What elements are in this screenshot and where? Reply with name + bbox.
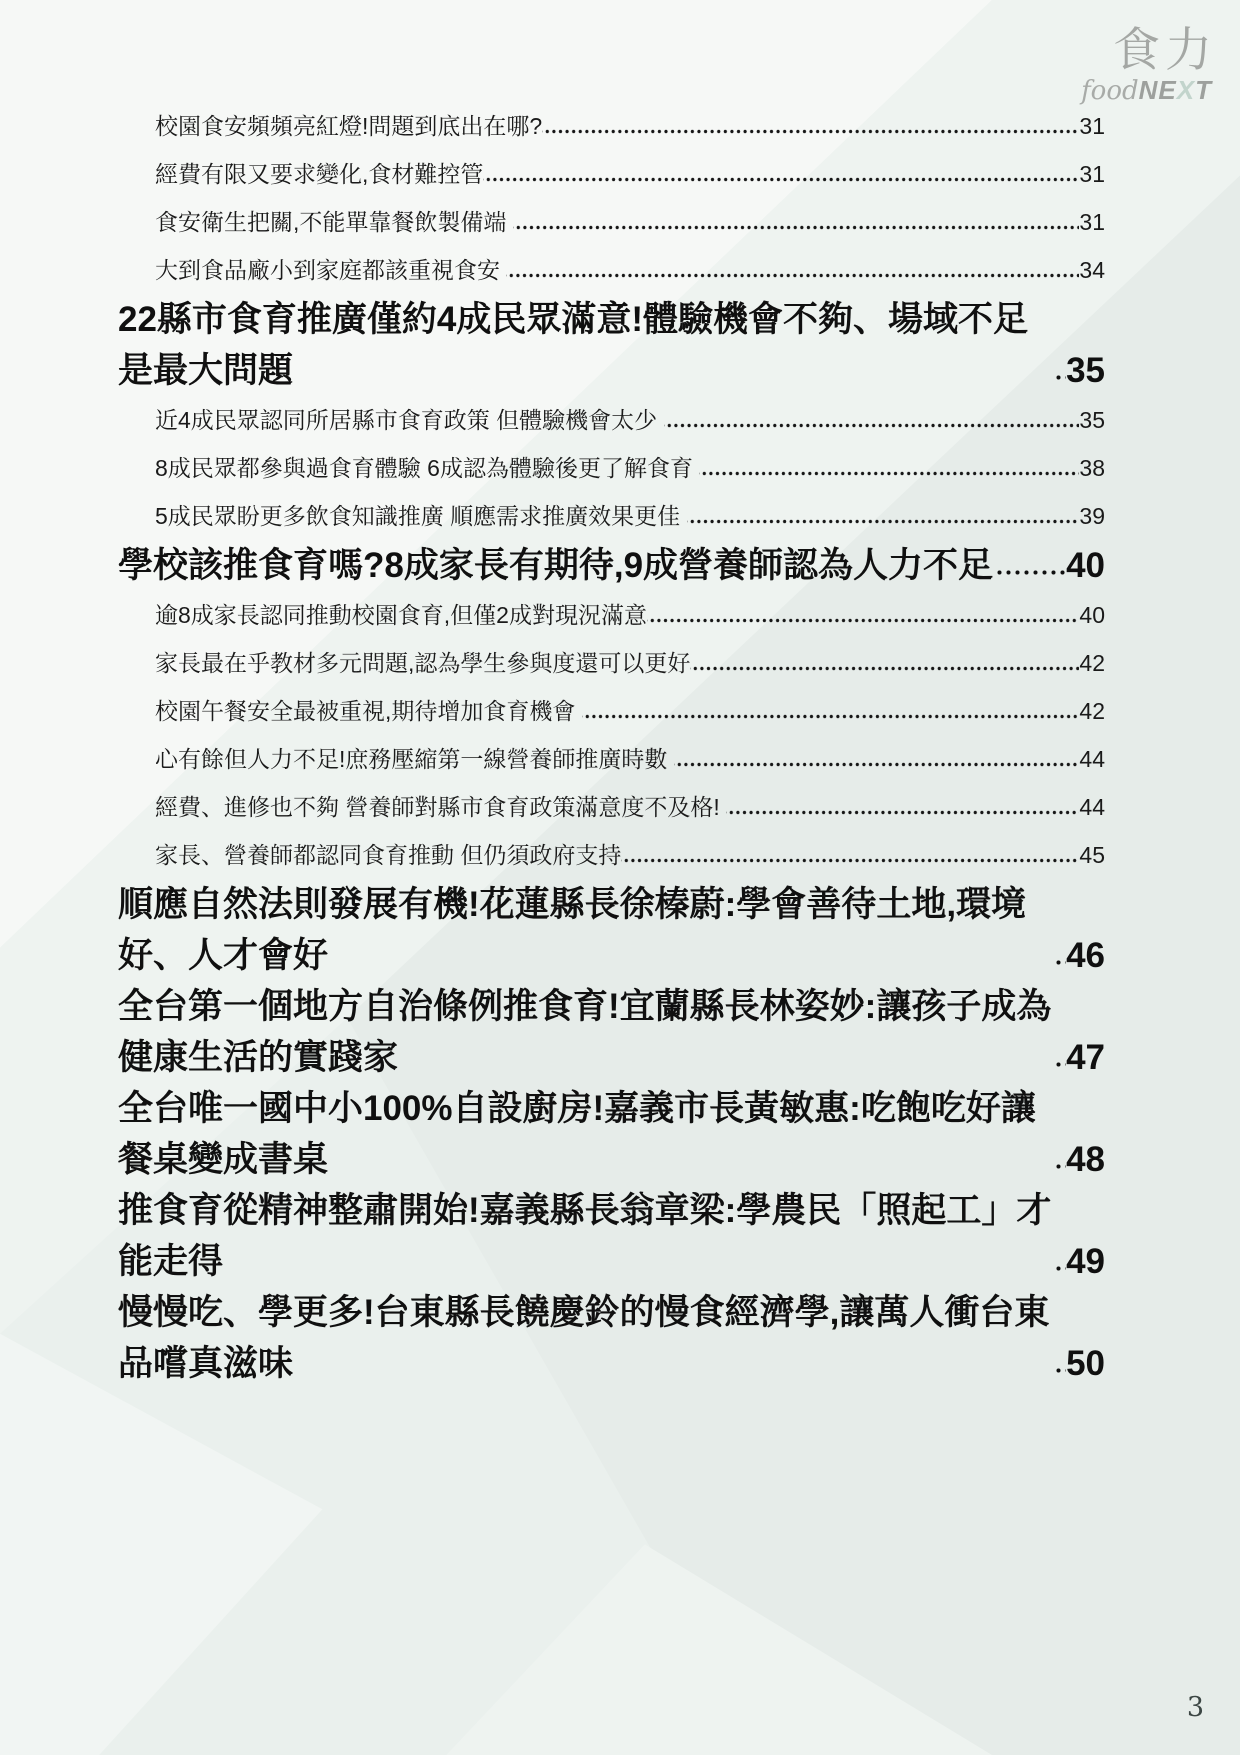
toc-entry-title: 5成民眾盼更多飲食知識推廣 順應需求推廣效果更佳 [155,492,687,540]
toc-entry[interactable]: 全台第一個地方自治條例推食育!宜蘭縣長林姿妙:讓孩子成為健康生活的實踐家47 [118,981,1105,1083]
toc-entry-page: 49 [1066,1236,1105,1287]
toc-leader-dots [993,540,1066,591]
toc-entry-page: 42 [1079,687,1105,735]
toc-entry[interactable]: 經費有限又要求變化,食材難控管31 [155,150,1105,198]
toc-entry[interactable]: 家長、營養師都認同食育推動 但仍須政府支持45 [155,831,1105,879]
toc-entry-title: 家長最在乎教材多元問題,認為學生參與度還可以更好 [155,639,690,687]
foodnext-logo: 食力 foodNEXT [1081,24,1212,104]
toc-leader-dots [1052,981,1066,1083]
toc-entry-page: 48 [1066,1134,1105,1185]
toc-leader-dots [483,150,1079,198]
toc-entry-title: 校園食安頻頻亮紅燈!問題到底出在哪? [155,102,542,150]
toc-entry[interactable]: 家長最在乎教材多元問題,認為學生參與度還可以更好42 [155,639,1105,687]
toc-leader-dots [1052,1083,1066,1185]
toc-entry-title: 順應自然法則發展有機!花蓮縣長徐榛蔚:學會善待土地,環境好、人才會好 [118,879,1052,981]
foodnext-logo-english: foodNEXT [1081,77,1212,104]
toc-entry-title: 22縣市食育推廣僅約4成民眾滿意!體驗機會不夠、場域不足是最大問題 [118,294,1052,396]
toc-entry-title: 學校該推食育嗎?8成家長有期待,9成營養師認為人力不足 [118,540,993,591]
toc-entry-page: 46 [1066,930,1105,981]
page-number: 3 [1187,1692,1204,1723]
toc-entry-page: 34 [1079,246,1105,294]
toc-entry-title: 經費、進修也不夠 營養師對縣市食育政策滿意度不及格! [155,783,726,831]
toc-entry[interactable]: 慢慢吃、學更多!台東縣長饒慶鈴的慢食經濟學,讓萬人衝台東品嚐真滋味50 [118,1287,1105,1389]
toc-entry-title: 心有餘但人力不足!庶務壓縮第一線營養師推廣時數 [155,735,674,783]
toc-entry-page: 50 [1066,1338,1105,1389]
toc-entry[interactable]: 學校該推食育嗎?8成家長有期待,9成營養師認為人力不足40 [118,540,1105,591]
toc-leader-dots [647,591,1079,639]
toc-leader-dots [1052,879,1066,981]
toc-leader-dots [542,102,1079,150]
toc-leader-dots [1052,1287,1066,1389]
toc-entry-title: 家長、營養師都認同食育推動 但仍須政府支持 [155,831,621,879]
toc-entry-title: 8成民眾都參與過食育體驗 6成認為體驗後更了解食育 [155,444,699,492]
toc-entry-page: 31 [1079,198,1105,246]
foodnext-logo-x-glyph: X [1177,75,1195,105]
toc-entry[interactable]: 大到食品廠小到家庭都該重視食安 34 [155,246,1105,294]
toc-leader-dots [674,735,1080,783]
toc-leader-dots [621,831,1079,879]
toc-entry-title: 全台唯一國中小100%自設廚房!嘉義市長黃敏惠:吃飽吃好讓餐桌變成書桌 [118,1083,1052,1185]
toc-entry[interactable]: 8成民眾都參與過食育體驗 6成認為體驗後更了解食育 38 [155,444,1105,492]
toc-leader-dots [699,444,1079,492]
toc-entry-title: 全台第一個地方自治條例推食育!宜蘭縣長林姿妙:讓孩子成為健康生活的實踐家 [118,981,1052,1083]
toc-entry-title: 逾8成家長認同推動校園食育,但僅2成對現況滿意 [155,591,647,639]
toc-entry[interactable]: 22縣市食育推廣僅約4成民眾滿意!體驗機會不夠、場域不足是最大問題 35 [118,294,1105,396]
toc-entry[interactable]: 心有餘但人力不足!庶務壓縮第一線營養師推廣時數 44 [155,735,1105,783]
toc-leader-dots [690,639,1079,687]
toc-entry[interactable]: 校園食安頻頻亮紅燈!問題到底出在哪?31 [155,102,1105,150]
toc-entry[interactable]: 近4成民眾認同所居縣市食育政策 但體驗機會太少 35 [155,396,1105,444]
toc-entry[interactable]: 推食育從精神整肅開始!嘉義縣長翁章梁:學農民「照起工」才能走得 49 [118,1185,1105,1287]
toc-leader-dots [1052,1185,1066,1287]
toc-entry-page: 35 [1066,345,1105,396]
toc-leader-dots [1052,294,1066,396]
toc-entry[interactable]: 校園午餐安全最被重視,期待增加食育機會 42 [155,687,1105,735]
toc-entry-page: 38 [1079,444,1105,492]
toc-leader-dots [506,246,1079,294]
toc-entry-page: 40 [1066,540,1105,591]
toc-entry-title: 校園午餐安全最被重視,期待增加食育機會 [155,687,582,735]
toc-entry-title: 經費有限又要求變化,食材難控管 [155,150,483,198]
toc-leader-dots [513,198,1080,246]
toc-entry-page: 35 [1079,396,1105,444]
foodnext-logo-chinese: 食力 [1081,24,1217,76]
toc-entry[interactable]: 經費、進修也不夠 營養師對縣市食育政策滿意度不及格! 44 [155,783,1105,831]
toc-leader-dots [726,783,1079,831]
toc-entry-title: 近4成民眾認同所居縣市食育政策 但體驗機會太少 [155,396,664,444]
toc-entry[interactable]: 5成民眾盼更多飲食知識推廣 順應需求推廣效果更佳 39 [155,492,1105,540]
toc-leader-dots [687,492,1080,540]
toc-entry-title: 食安衛生把關,不能單靠餐飲製備端 [155,198,513,246]
foodnext-logo-next-text: NE [1139,75,1177,105]
toc-entry-page: 42 [1079,639,1105,687]
toc-entry[interactable]: 逾8成家長認同推動校園食育,但僅2成對現況滿意40 [155,591,1105,639]
toc-entry-page: 31 [1079,150,1105,198]
toc-leader-dots [664,396,1080,444]
toc-entry-title: 推食育從精神整肅開始!嘉義縣長翁章梁:學農民「照起工」才能走得 [118,1185,1052,1287]
toc-entry-page: 31 [1079,102,1105,150]
toc-entry[interactable]: 順應自然法則發展有機!花蓮縣長徐榛蔚:學會善待土地,環境好、人才會好 46 [118,879,1105,981]
foodnext-logo-next-text: T [1195,75,1212,105]
table-of-contents: 校園食安頻頻亮紅燈!問題到底出在哪?31經費有限又要求變化,食材難控管31食安衛… [118,102,1105,1389]
document-page: 食力 foodNEXT 校園食安頻頻亮紅燈!問題到底出在哪?31經費有限又要求變… [0,0,1240,1755]
toc-entry-page: 47 [1066,1032,1105,1083]
toc-entry-title: 大到食品廠小到家庭都該重視食安 [155,246,506,294]
toc-entry-page: 39 [1079,492,1105,540]
toc-entry-page: 40 [1079,591,1105,639]
toc-entry[interactable]: 食安衛生把關,不能單靠餐飲製備端 31 [155,198,1105,246]
toc-entry-page: 44 [1079,783,1105,831]
toc-entry-page: 44 [1079,735,1105,783]
toc-entry[interactable]: 全台唯一國中小100%自設廚房!嘉義市長黃敏惠:吃飽吃好讓餐桌變成書桌 48 [118,1083,1105,1185]
toc-entry-title: 慢慢吃、學更多!台東縣長饒慶鈴的慢食經濟學,讓萬人衝台東品嚐真滋味 [118,1287,1052,1389]
toc-leader-dots [582,687,1080,735]
toc-entry-page: 45 [1079,831,1105,879]
